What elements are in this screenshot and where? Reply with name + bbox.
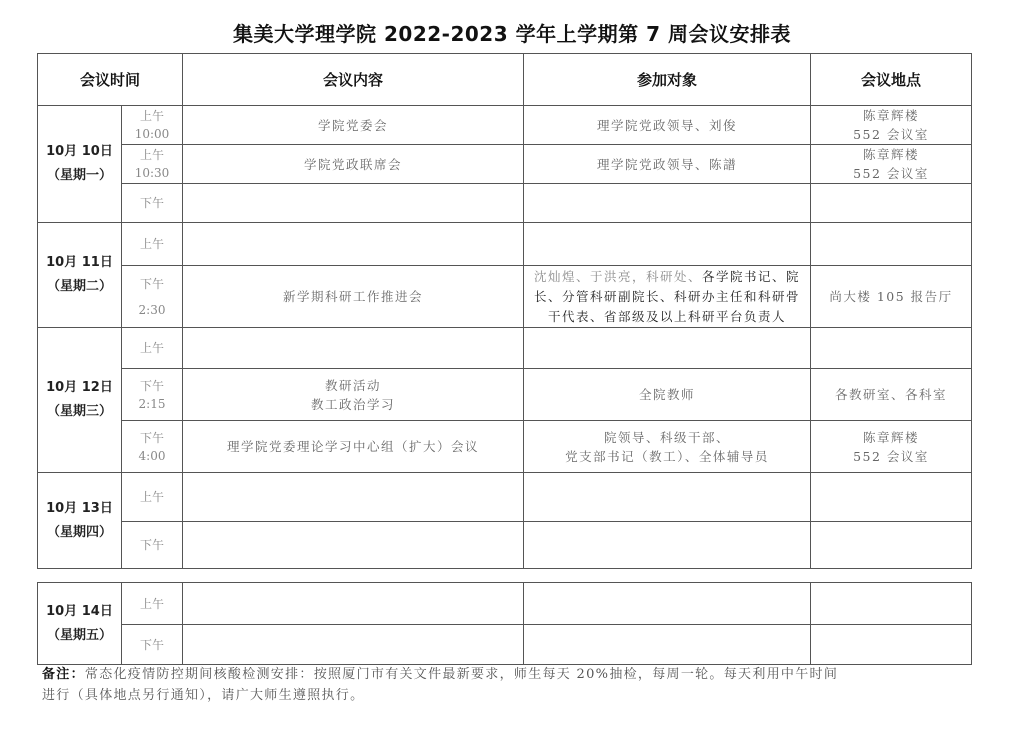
slot-cell: 下午	[122, 625, 183, 665]
meeting-content: 学院党政联席会	[183, 145, 524, 184]
meeting-content	[183, 625, 524, 665]
table-row: 10月 12日 （星期三） 上午	[38, 328, 972, 369]
table-row: 下午	[38, 522, 972, 569]
time-label: 2:30	[122, 297, 182, 323]
slot-cell: 下午 4:00	[122, 421, 183, 473]
table-row: 上午 10:30 学院党政联席会 理学院党政领导、陈譜 陈章辉楼 552 会议室	[38, 145, 972, 184]
weekday-label: （星期一）	[38, 164, 121, 188]
day-cell-wednesday: 10月 12日 （星期三）	[38, 328, 122, 473]
participants-part: 沈灿煌、于洪亮，科研处、	[534, 269, 702, 284]
weekday-label: （星期五）	[38, 624, 121, 648]
period-label: 下午	[122, 271, 182, 297]
meeting-content	[183, 223, 524, 266]
meeting-content	[183, 522, 524, 569]
schedule-table-continued: 10月 14日 （星期五） 上午 下午	[37, 582, 972, 665]
weekday-label: （星期二）	[38, 275, 121, 299]
date-label: 10月 13日	[38, 497, 121, 521]
meeting-content: 新学期科研工作推进会	[183, 266, 524, 328]
slot-cell: 下午 2:15	[122, 369, 183, 421]
location	[811, 328, 972, 369]
location	[811, 522, 972, 569]
location: 各教研室、各科室	[811, 369, 972, 421]
date-label: 10月 10日	[38, 140, 121, 164]
table-row: 10月 13日 （星期四） 上午	[38, 473, 972, 522]
participants-part: 干代表、省部级及以上科研平台负责人	[524, 307, 810, 327]
meeting-content: 理学院党委理论学习中心组（扩大）会议	[183, 421, 524, 473]
day-cell-monday: 10月 10日 （星期一）	[38, 106, 122, 223]
participants	[524, 522, 811, 569]
note-text: 进行（具体地点另行通知），请广大师生遵照执行。	[42, 685, 977, 706]
location-line: 552 会议室	[811, 125, 971, 144]
participants-part: 各学院书记、院	[702, 269, 800, 284]
participants	[524, 223, 811, 266]
participants: 院领导、科级干部、 党支部书记（教工）、全体辅导员	[524, 421, 811, 473]
slot-cell: 上午 10:30	[122, 145, 183, 184]
table-row: 10月 10日 （星期一） 上午 10:00 学院党委会 理学院党政领导、刘俊 …	[38, 106, 972, 145]
location-line: 552 会议室	[811, 447, 971, 466]
participants	[524, 328, 811, 369]
participants: 全院教师	[524, 369, 811, 421]
date-label: 10月 14日	[38, 600, 121, 624]
day-cell-thursday: 10月 13日 （星期四）	[38, 473, 122, 569]
page-title: 集美大学理学院 2022-2023 学年上学期第 7 周会议安排表	[0, 18, 1024, 47]
participants	[524, 625, 811, 665]
day-cell-friday: 10月 14日 （星期五）	[38, 583, 122, 665]
slot-cell: 下午 2:30	[122, 266, 183, 328]
slot-cell: 上午	[122, 473, 183, 522]
time-label: 4:00	[122, 447, 182, 465]
slot-cell: 上午 10:00	[122, 106, 183, 145]
meeting-content	[183, 184, 524, 223]
location: 尚大楼 105 报告厅	[811, 266, 972, 328]
participants	[524, 583, 811, 625]
meeting-content	[183, 473, 524, 522]
table-row: 下午 2:30 新学期科研工作推进会 沈灿煌、于洪亮，科研处、各学院书记、院 长…	[38, 266, 972, 328]
day-cell-tuesday: 10月 11日 （星期二）	[38, 223, 122, 328]
table-row: 下午 2:15 教研活动 教工政治学习 全院教师 各教研室、各科室	[38, 369, 972, 421]
meeting-content	[183, 583, 524, 625]
schedule-table: 会议时间 会议内容 参加对象 会议地点 10月 10日 （星期一） 上午 10:…	[37, 53, 972, 569]
table-row: 10月 14日 （星期五） 上午	[38, 583, 972, 625]
content-line: 教研活动	[183, 376, 523, 395]
location	[811, 473, 972, 522]
participants-line: 党支部书记（教工）、全体辅导员	[524, 447, 810, 466]
participants-line: 院领导、科级干部、	[524, 428, 810, 447]
note-text: 常态化疫情防控期间核酸检测安排：按照厦门市有关文件最新要求，师生每天 20%抽检…	[85, 667, 838, 682]
table-row: 下午 4:00 理学院党委理论学习中心组（扩大）会议 院领导、科级干部、 党支部…	[38, 421, 972, 473]
participants-part: 长、分管科研副院长、科研办主任和科研骨	[524, 287, 810, 307]
location: 陈章辉楼 552 会议室	[811, 106, 972, 145]
slot-cell: 下午	[122, 184, 183, 223]
participants	[524, 184, 811, 223]
location	[811, 583, 972, 625]
meeting-content: 学院党委会	[183, 106, 524, 145]
period-label: 下午	[122, 429, 182, 447]
location-line: 陈章辉楼	[811, 428, 971, 447]
table-row: 下午	[38, 625, 972, 665]
header-row: 会议时间 会议内容 参加对象 会议地点	[38, 54, 972, 106]
location-line: 552 会议室	[811, 164, 971, 183]
header-participants: 参加对象	[524, 54, 811, 106]
period-label: 下午	[122, 377, 182, 395]
footnote: 备注：常态化疫情防控期间核酸检测安排：按照厦门市有关文件最新要求，师生每天 20…	[42, 664, 977, 706]
table-row: 10月 11日 （星期二） 上午	[38, 223, 972, 266]
period-label: 上午	[122, 146, 182, 164]
participants: 沈灿煌、于洪亮，科研处、各学院书记、院 长、分管科研副院长、科研办主任和科研骨 …	[524, 266, 811, 328]
time-label: 10:30	[122, 164, 182, 182]
note-label: 备注：	[42, 667, 85, 682]
weekday-label: （星期三）	[38, 400, 121, 424]
content-line: 教工政治学习	[183, 395, 523, 414]
location-line: 陈章辉楼	[811, 145, 971, 164]
slot-cell: 上午	[122, 223, 183, 266]
location: 陈章辉楼 552 会议室	[811, 421, 972, 473]
slot-cell: 下午	[122, 522, 183, 569]
participants	[524, 473, 811, 522]
location	[811, 625, 972, 665]
meeting-content: 教研活动 教工政治学习	[183, 369, 524, 421]
period-label: 上午	[122, 107, 182, 125]
date-label: 10月 12日	[38, 376, 121, 400]
header-meeting-time: 会议时间	[38, 54, 183, 106]
participants: 理学院党政领导、刘俊	[524, 106, 811, 145]
header-location: 会议地点	[811, 54, 972, 106]
location	[811, 223, 972, 266]
location-line: 陈章辉楼	[811, 106, 971, 125]
time-label: 10:00	[122, 125, 182, 143]
slot-cell: 上午	[122, 328, 183, 369]
participants: 理学院党政领导、陈譜	[524, 145, 811, 184]
header-meeting-content: 会议内容	[183, 54, 524, 106]
meeting-content	[183, 328, 524, 369]
location: 陈章辉楼 552 会议室	[811, 145, 972, 184]
weekday-label: （星期四）	[38, 521, 121, 545]
date-label: 10月 11日	[38, 251, 121, 275]
slot-cell: 上午	[122, 583, 183, 625]
table-row: 下午	[38, 184, 972, 223]
time-label: 2:15	[122, 395, 182, 413]
location	[811, 184, 972, 223]
